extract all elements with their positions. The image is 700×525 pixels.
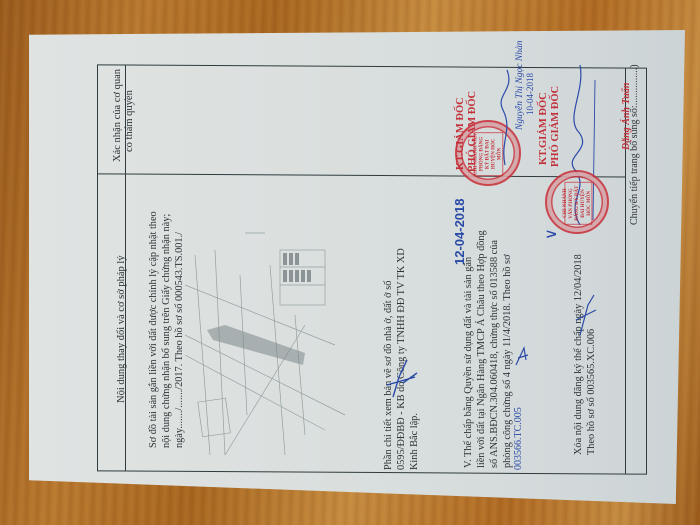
entry3-line1: V. Thế chấp bằng Quyền sử dụng đất và tà… <box>462 257 476 468</box>
signature1-signer-name: Nguyễn Thị Ngọc Nhàn <box>515 41 525 130</box>
header-confirmation-line2: có thẩm quyền <box>124 90 135 152</box>
official-stamp-2: CHI NHÁNH VĂN PHÒNG ĐĂNG KÝ ĐẤT ĐAI HUYỆ… <box>545 170 609 234</box>
entry3-line2: liền với đất tại Ngân Hàng TMCP Á Châu t… <box>475 230 489 468</box>
header-confirmation-line1: Xác nhận của cơ quan <box>112 69 123 162</box>
signature1-date: 10-04-2018 <box>525 73 535 115</box>
handwritten-initial-mark-2 <box>512 340 532 370</box>
checkmark-v: ∨ <box>541 228 561 240</box>
entry1-line1: Sơ đồ tài sản gắn liền với đất được chỉn… <box>147 211 161 448</box>
entry4-line2: Theo hồ sơ số 003565.XC.006 <box>585 329 599 455</box>
entry3-handwritten-ref: 003566.TC.005 <box>513 407 524 470</box>
handwritten-initial-mark-3 <box>570 290 600 340</box>
signature1-title-line1: KT.GIÁM ĐỐC <box>455 97 467 170</box>
land-plot-map-drawing <box>185 215 385 465</box>
entry3-date-stamp: 12-04-2018 <box>452 199 467 266</box>
confirmation-column-divider <box>125 173 625 177</box>
signature2-title-line1: KT.GIÁM ĐỐC <box>538 92 550 165</box>
entry1-line2: nội dung chứng nhận bổ sung trên Giấy ch… <box>160 214 174 448</box>
entry4-line1: Xóa nội dung đăng ký thế chấp ngày 12/04… <box>572 254 586 455</box>
footer-continuation-note: Chuyển tiếp trang bổ sung số:...........… <box>629 64 640 225</box>
entry2-line3: Kinh Bắc lập. <box>408 413 422 470</box>
entry3-line3: số ANS.BĐCN.304.060418, chứng thực số 01… <box>488 240 502 468</box>
header-changes-column: Nội dung thay đổi và cơ sở pháp lý <box>116 255 127 403</box>
header-row-divider <box>98 173 125 174</box>
handwritten-initial-mark-1 <box>385 355 425 405</box>
signature1-title-line2: PHÓ GIÁM ĐỐC <box>467 91 479 172</box>
